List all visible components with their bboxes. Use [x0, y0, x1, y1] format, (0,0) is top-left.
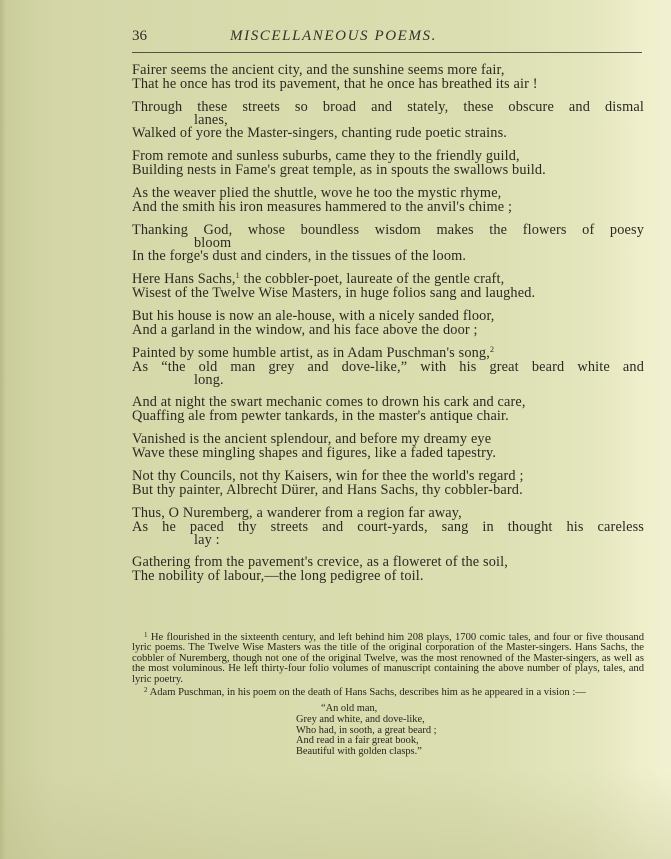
- quoted-verse: “An old man, Grey and white, and dove-li…: [296, 704, 644, 757]
- poem-line-text: In the forge's dust and cinders, in the …: [132, 248, 466, 264]
- poem-line: Here Hans Sachs,1 the cobbler-poet, laur…: [132, 272, 646, 286]
- poem-line: Fairer seems the ancient city, and the s…: [132, 63, 646, 77]
- footnote-marker: 1: [144, 631, 148, 639]
- poem-line: Painted by some humble artist, as in Ada…: [132, 346, 646, 360]
- poem-line-text: Wave these mingling shapes and figures, …: [132, 445, 496, 461]
- poem-line-text: But thy painter, Albrecht Dürer, and Han…: [132, 482, 523, 498]
- page-bottom-shading: [0, 769, 671, 859]
- poem-line: And a garland in the window, and his fac…: [132, 323, 646, 337]
- footnote-reference: 2: [490, 345, 494, 354]
- stanza: Thanking God, whose boundless wisdom mak…: [132, 223, 646, 263]
- footnote-text: He flourished in the sixteenth century, …: [132, 632, 644, 685]
- poem-line-text: Walked of yore the Master-singers, chant…: [132, 125, 507, 141]
- quoted-verse-line: Beautiful with golden clasps.”: [296, 747, 644, 758]
- stanza: Vanished is the ancient splendour, and b…: [132, 432, 646, 460]
- poem-line-turnover: lay :: [132, 534, 646, 546]
- page-gutter-shadow: [0, 0, 6, 859]
- stanza: Gathering from the pavement's crevice, a…: [132, 555, 646, 583]
- stanza: As the weaver plied the shuttle, wove he…: [132, 186, 646, 214]
- poem-line: That he once has trod its pavement, that…: [132, 77, 646, 91]
- stanza: Thus, O Nuremberg, a wanderer from a reg…: [132, 506, 646, 546]
- poem-line-text: long.: [194, 372, 224, 388]
- stanza: And at night the swart mechanic comes to…: [132, 395, 646, 423]
- footnote-1: 1 He flourished in the sixteenth century…: [132, 630, 644, 685]
- poem-line-text: That he once has trod its pavement, that…: [132, 76, 538, 92]
- stanza: Through these streets so broad and state…: [132, 100, 646, 140]
- poem-line-text: lay :: [194, 532, 220, 548]
- poem-line: Walked of yore the Master-singers, chant…: [132, 126, 646, 140]
- poem-line: From remote and sunless suburbs, came th…: [132, 149, 646, 163]
- running-title: MISCELLANEOUS POEMS.: [230, 28, 437, 45]
- poem-line-text: Wisest of the Twelve Wise Masters, in hu…: [132, 285, 535, 301]
- stanza: But his house is now an ale-house, with …: [132, 309, 646, 337]
- poem-line: And the smith his iron measures hammered…: [132, 200, 646, 214]
- page-number: 36: [132, 28, 147, 45]
- poem-line: As the weaver plied the shuttle, wove he…: [132, 186, 646, 200]
- poem-line: But thy painter, Albrecht Dürer, and Han…: [132, 483, 646, 497]
- running-head: 36 MISCELLANEOUS POEMS.: [132, 28, 644, 48]
- stanza: From remote and sunless suburbs, came th…: [132, 149, 646, 177]
- stanza: Fairer seems the ancient city, and the s…: [132, 63, 646, 91]
- poem-line: Vanished is the ancient splendour, and b…: [132, 432, 646, 446]
- poem-line-text: Quaffing ale from pewter tankards, in th…: [132, 408, 509, 424]
- footnote-2: 2 Adam Puschman, in his poem on the deat…: [132, 685, 644, 698]
- poem-line-text: Building nests in Fame's great temple, a…: [132, 162, 546, 178]
- poem-line-text: And a garland in the window, and his fac…: [132, 322, 478, 338]
- poem-line: Building nests in Fame's great temple, a…: [132, 163, 646, 177]
- poem-line: But his house is now an ale-house, with …: [132, 309, 646, 323]
- poem-line: Wave these mingling shapes and figures, …: [132, 446, 646, 460]
- poem-line: The nobility of labour,—the long pedigre…: [132, 569, 646, 583]
- stanza: Here Hans Sachs,1 the cobbler-poet, laur…: [132, 272, 646, 300]
- poem-line: Not thy Councils, not thy Kaisers, win f…: [132, 469, 646, 483]
- poem-line-text: And the smith his iron measures hammered…: [132, 199, 512, 215]
- poem-line-turnover: long.: [132, 374, 646, 386]
- poem-line-text: The nobility of labour,—the long pedigre…: [132, 568, 424, 584]
- poem-line: Gathering from the pavement's crevice, a…: [132, 555, 646, 569]
- footnote-text: Adam Puschman, in his poem on the death …: [150, 687, 586, 698]
- poem-line: Quaffing ale from pewter tankards, in th…: [132, 409, 646, 423]
- footnotes: 1 He flourished in the sixteenth century…: [132, 630, 644, 757]
- poem-line: Wisest of the Twelve Wise Masters, in hu…: [132, 286, 646, 300]
- poem-line: Thus, O Nuremberg, a wanderer from a reg…: [132, 506, 646, 520]
- footnote-marker: 2: [144, 686, 148, 694]
- poem-line: And at night the swart mechanic comes to…: [132, 395, 646, 409]
- header-rule: [132, 52, 642, 53]
- poem-body: Fairer seems the ancient city, and the s…: [132, 63, 646, 592]
- stanza: Painted by some humble artist, as in Ada…: [132, 346, 646, 386]
- stanza: Not thy Councils, not thy Kaisers, win f…: [132, 469, 646, 497]
- poem-line: In the forge's dust and cinders, in the …: [132, 249, 646, 263]
